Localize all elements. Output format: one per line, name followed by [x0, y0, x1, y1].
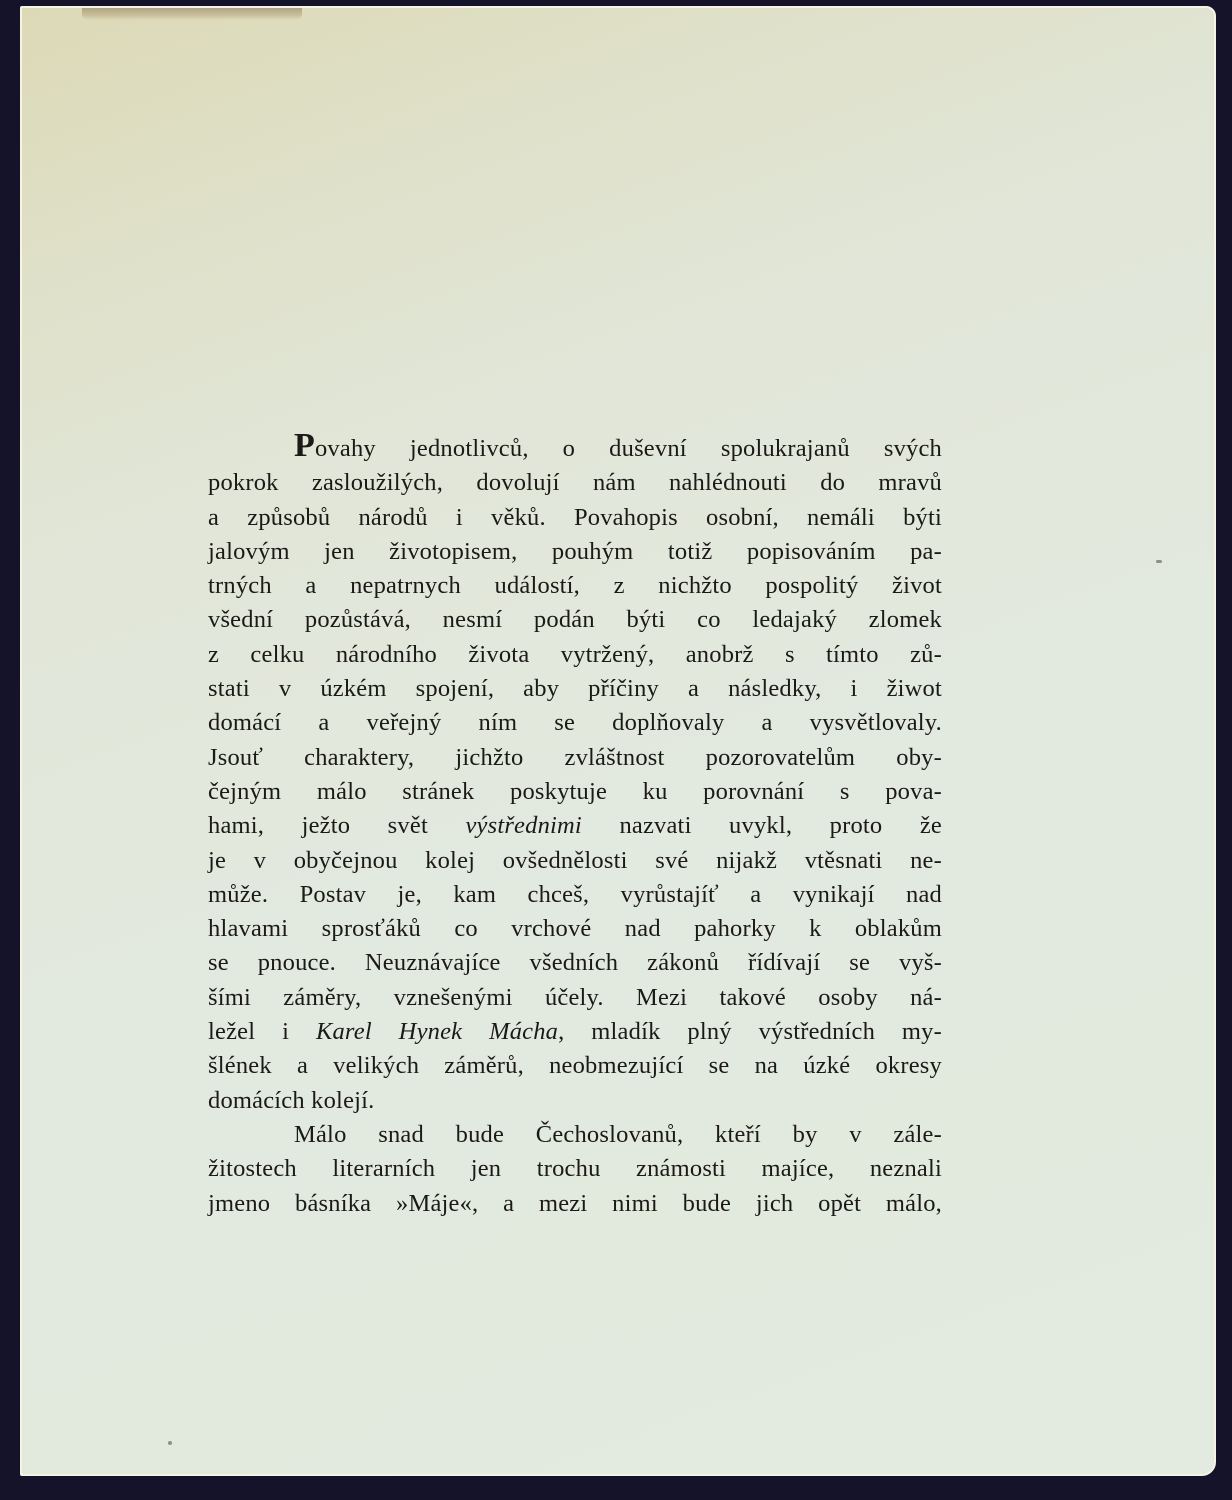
body-text: Povahy jednotlivců, o duševní spolukraja… [208, 432, 942, 1221]
text-line: domácí a veřejný ním se doplňovaly a vys… [208, 706, 942, 740]
text-line: stati v úzkém spojení, aby příčiny a nás… [208, 672, 942, 706]
text-line: žitostech literarních jen trochu známost… [208, 1152, 942, 1186]
text-line: pokrok zasloužilých, dovolují nám nahléd… [208, 466, 942, 500]
text-line: z celku národního života vytržený, anobr… [208, 638, 942, 672]
text-line: šími záměry, vznešenými účely. Mezi tako… [208, 981, 942, 1015]
ink-speck [1156, 560, 1162, 563]
text-line: Málo snad bude Čechoslovanů, kteří by v … [208, 1118, 942, 1152]
author-name-italic: Karel Hynek Mácha [316, 1018, 558, 1045]
text-line: čejným málo stránek poskytuje ku porovná… [208, 775, 942, 809]
text-line: hlavami sprosťáků co vrchové nad pahorky… [208, 912, 942, 946]
text-line: hami, ježto svět výstřednimi nazvati uvy… [208, 809, 942, 843]
text-line: šlének a velikých záměrů, neobmezující s… [208, 1049, 942, 1083]
drop-cap: P [294, 427, 315, 464]
worn-top-edge [82, 8, 302, 20]
text-line: domácích kolejí. [208, 1084, 942, 1118]
text-line: trných a nepatrnych událostí, z nichžto … [208, 569, 942, 603]
text-line: Jsouť charaktery, jichžto zvláštnost poz… [208, 741, 942, 775]
text-line: všední pozůstává, nesmí podán býti co le… [208, 603, 942, 637]
text-line: je v obyčejnou kolej ovšednělosti své ni… [208, 844, 942, 878]
ink-speck [168, 1441, 172, 1445]
text-line: a způsobů národů i věků. Povahopis osobn… [208, 501, 942, 535]
text-line: ležel i Karel Hynek Mácha, mladík plný v… [208, 1015, 942, 1049]
italic-emphasis: výstřednimi [465, 812, 582, 839]
text-line: Povahy jednotlivců, o duševní spolukraja… [208, 432, 942, 466]
text-line: může. Postav je, kam chceš, vyrůstajíť a… [208, 878, 942, 912]
text-line: se pnouce. Neuznávajíce všedních zákonů … [208, 946, 942, 980]
text-line: jmeno básníka »Máje«, a mezi nimi bude j… [208, 1187, 942, 1221]
scanned-page: Povahy jednotlivců, o duševní spolukraja… [20, 6, 1216, 1476]
text-line: jalovým jen životopisem, pouhým totiž po… [208, 535, 942, 569]
